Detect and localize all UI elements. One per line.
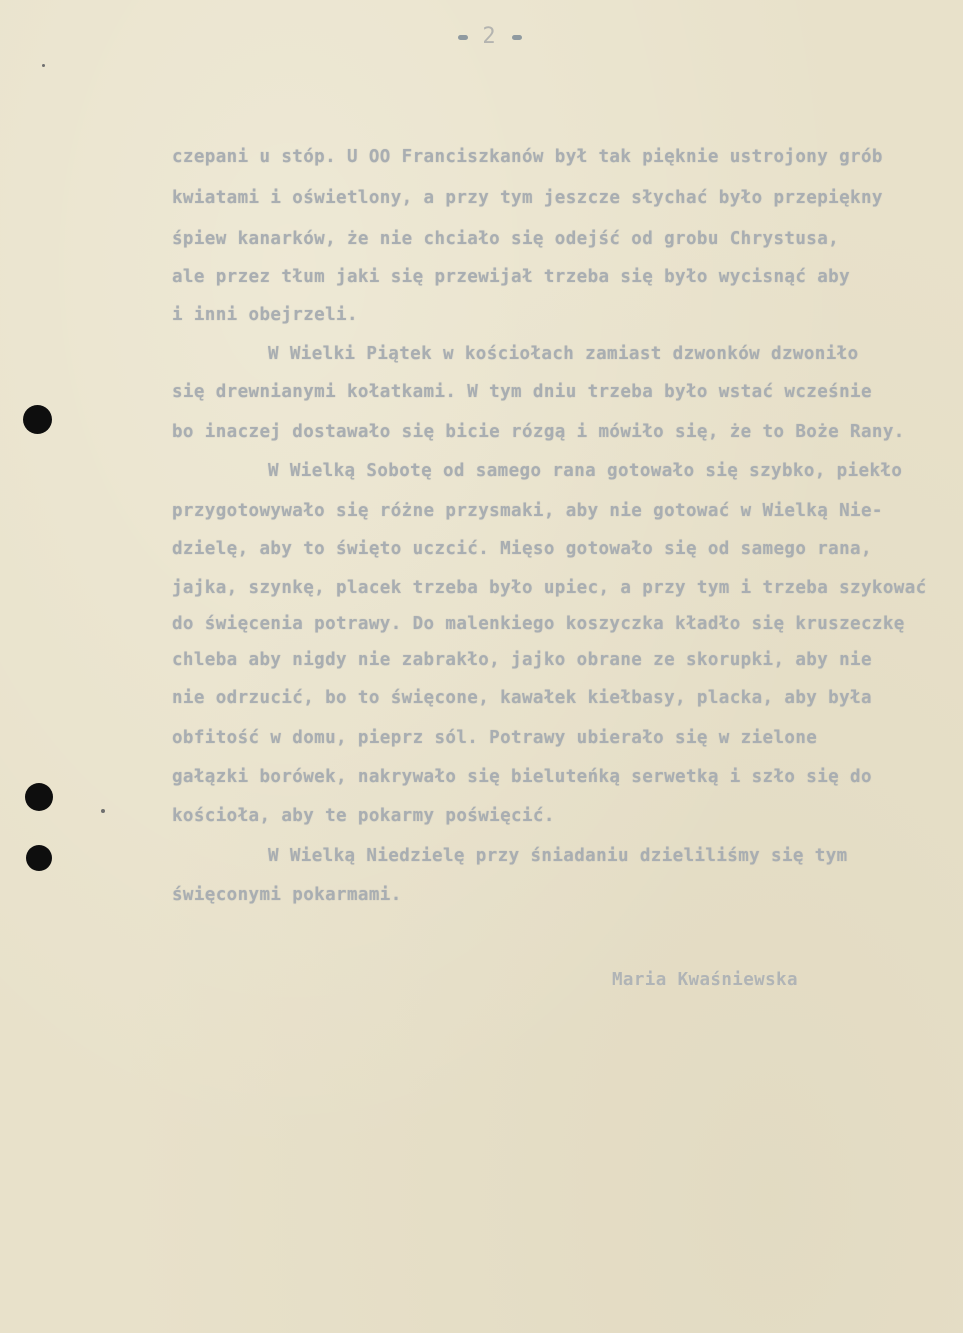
text-line: śpiew kanarków, że nie chciało się odejś… (172, 228, 839, 250)
paper-speck (42, 64, 45, 67)
text-line: czepani u stóp. U OO Franciszkanów był t… (172, 146, 883, 168)
text-line: święconymi pokarmami. (172, 884, 402, 906)
page-number: 2 (440, 24, 540, 49)
text-line: przygotowywało się różne przysmaki, aby … (172, 500, 883, 522)
text-line: i inni obejrzeli. (172, 304, 358, 326)
punch-hole-icon (23, 405, 52, 434)
text-line: kościoła, aby te pokarmy poświęcić. (172, 805, 555, 827)
text-line: bo inaczej dostawało się bicie rózgą i m… (172, 421, 905, 443)
text-line: ale przez tłum jaki się przewijał trzeba… (172, 266, 850, 288)
page-number-dash-right (512, 35, 522, 40)
text-line: gałązki borówek, nakrywało się bieluteńk… (172, 766, 872, 788)
text-line: nie odrzucić, bo to święcone, kawałek ki… (172, 687, 872, 709)
page-number-dash-left (458, 35, 468, 40)
text-line: chleba aby nigdy nie zabrakło, jajko obr… (172, 649, 872, 671)
paragraph-start-line: W Wielką Sobotę od samego rana gotowało … (268, 460, 902, 482)
paper-speck (101, 809, 105, 813)
document-page: 2 czepani u stóp. U OO Franciszkanów był… (0, 0, 963, 1333)
page-number-value: 2 (482, 24, 497, 49)
paragraph-start-line: W Wielki Piątek w kościołach zamiast dzw… (268, 343, 859, 365)
punch-hole-icon (26, 845, 52, 871)
text-line: się drewnianymi kołatkami. W tym dniu tr… (172, 381, 872, 403)
punch-hole-icon (25, 783, 53, 811)
text-line: do święcenia potrawy. Do malenkiego kosz… (172, 613, 905, 635)
text-line: jajka, szynkę, placek trzeba było upiec,… (172, 577, 927, 599)
text-line: kwiatami i oświetlony, a przy tym jeszcz… (172, 187, 883, 209)
paragraph-start-line: W Wielką Niedzielę przy śniadaniu dzieli… (268, 845, 848, 867)
text-line: dzielę, aby to święto uczcić. Mięso goto… (172, 538, 872, 560)
signature: Maria Kwaśniewska (612, 970, 798, 990)
text-line: obfitość w domu, pieprz sól. Potrawy ubi… (172, 727, 817, 749)
